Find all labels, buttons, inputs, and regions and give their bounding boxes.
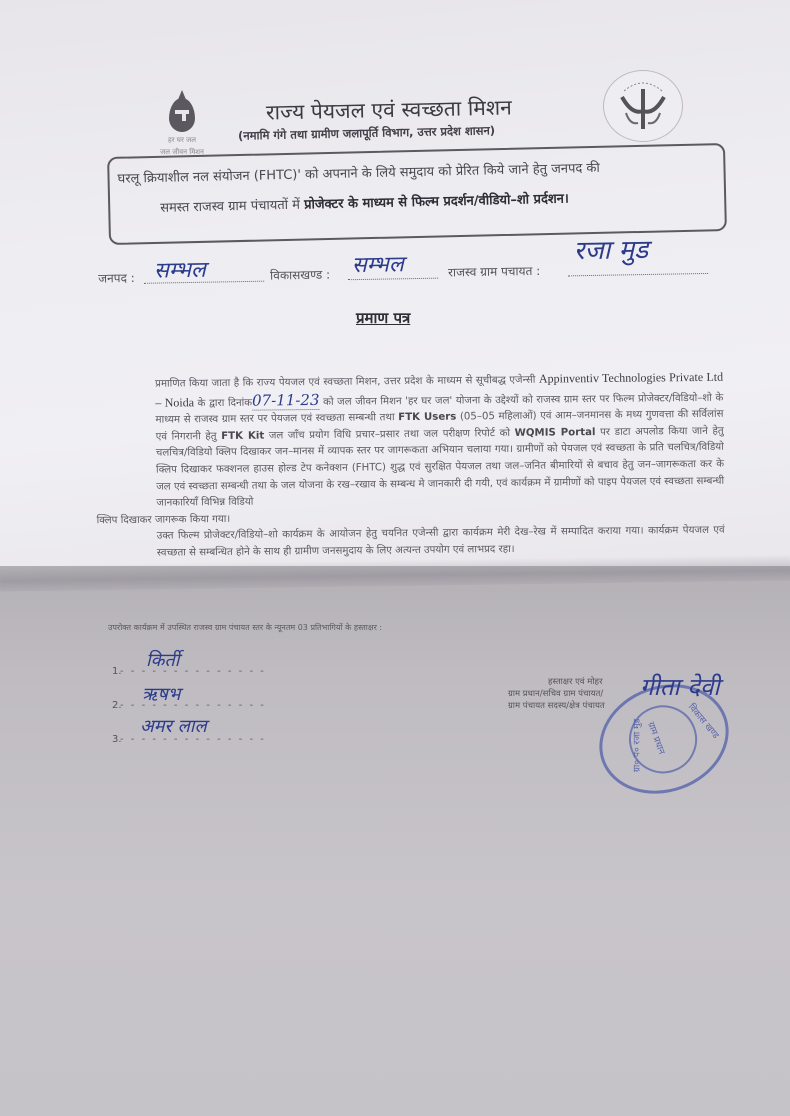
program-date: 07-11-23	[252, 391, 320, 411]
water-drop-tap-icon	[169, 98, 195, 132]
participants-note: उपरोक्त कार्यक्रम में उपस्थित राजस्व ग्र…	[108, 622, 438, 634]
stamp-inner-text: ग्राम प्रधान	[645, 720, 669, 756]
participant-signature-3: अमर लाल	[140, 714, 207, 738]
gram-panchayat-value: रजा मुड	[573, 230, 648, 267]
janpad-label: जनपद :	[98, 269, 135, 287]
vikaskhand-value: सम्भल	[352, 248, 404, 279]
p1-text-e: जल जाँच प्रयोग विधि प्रचार–प्रसार तथा जल…	[264, 428, 515, 442]
ftk-kit-text: FTK Kit	[221, 430, 264, 441]
p1-text-b: के द्वारा दिनांक	[194, 397, 252, 409]
banner-line-1: घरलू क्रियाशील नल संयोजन (FHTC)' को अपना…	[117, 158, 600, 187]
emblem-icon	[604, 71, 682, 141]
logo-caption-1: हर घर जल	[152, 136, 212, 144]
document-page-lower	[0, 566, 790, 1116]
participant-number: 1.	[112, 666, 120, 677]
paragraph-2: उक्त फिल्म प्रोजेक्टर/विडियो–शो कार्यक्र…	[97, 523, 725, 563]
ftk-users-text: FTK Users	[398, 412, 456, 424]
banner-line-2: समस्त राजस्व ग्राम पंचायतों में प्रोजेक्…	[160, 189, 569, 216]
jal-jeevan-mission-logo: हर घर जल जल जीवन मिशन	[152, 98, 212, 156]
wqmis-portal-text: WQMIS Portal	[515, 427, 596, 439]
official-signature: गीता देवी	[640, 670, 720, 703]
stamp-side-text: विकास खण्ड	[686, 700, 723, 741]
participant-signatures: 1.- - - - - - - - - - - - - - किर्ती 2.-…	[112, 652, 272, 752]
paragraph-1: प्रमाणित किया जाता है कि राज्य पेयजल एवं…	[95, 369, 724, 513]
certificate-title: प्रमाण पत्र	[356, 308, 410, 328]
p1-text-a: प्रमाणित किया जाता है कि राज्य पेयजल एवं…	[155, 375, 539, 390]
mission-title: राज्य पेयजल एवं स्वच्छता मिशन	[266, 93, 512, 126]
participant-signature-1: किर्ती	[146, 648, 179, 672]
janpad-value: सम्भल	[154, 254, 206, 285]
vikaskhand-label: विकासखण्ड :	[270, 266, 330, 284]
participant-number: 2.	[112, 700, 120, 711]
banner-line-2-plain: समस्त राजस्व ग्राम पंचायतों में	[160, 198, 304, 216]
participant-line-1: 1.- - - - - - - - - - - - - -	[112, 666, 266, 677]
gram-panchayat-line	[568, 273, 708, 276]
gram-panchayat-label: राजस्व ग्राम पचायत :	[448, 262, 540, 281]
up-state-emblem	[603, 70, 683, 142]
certificate-body: प्रमाणित किया जाता है कि राज्य पेयजल एवं…	[95, 369, 725, 563]
stamp-outer-text: ग्रा० प० रजा मुड	[630, 719, 643, 772]
participant-number: 3.	[112, 734, 120, 745]
participant-line-2: 2.- - - - - - - - - - - - - -	[112, 700, 266, 711]
participant-signature-2: ऋषभ	[142, 682, 180, 706]
banner-line-2-bold: प्रोजेक्टर के माध्यम से फिल्म प्रदर्शन/व…	[304, 192, 569, 213]
